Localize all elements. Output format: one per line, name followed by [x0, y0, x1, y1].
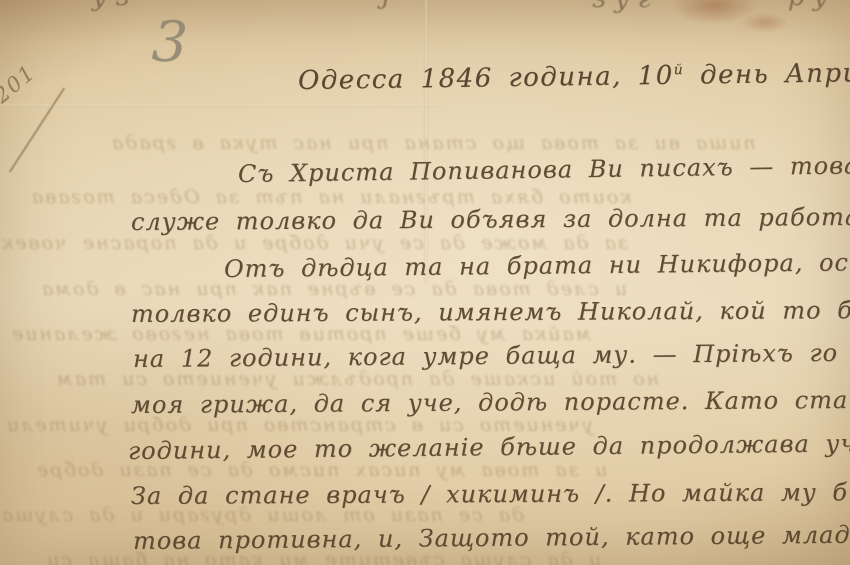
horizontal-fold-crease: [0, 104, 440, 107]
letter-line: на 12 години, кога умре баща му. — Пріѣх…: [133, 339, 850, 373]
archive-number-slash-stroke: [9, 88, 65, 173]
cropped-ink-fragment: у з: [92, 0, 130, 12]
dateline: Одесса 1846 година, 10й день Април: [298, 58, 850, 96]
cropped-ink-fragment: р у: [788, 0, 828, 12]
letter-line: За да стане врачъ / хикиминъ /. Но майка…: [131, 478, 850, 510]
letter-line: толвко единъ сынъ, имянемъ Николай, кой …: [131, 296, 850, 328]
archive-number: 201: [0, 60, 40, 108]
bleed-through-line: пиша ви за това що стана при нас тука в …: [110, 132, 756, 154]
manuscript-letter-scan: у з ј з у г р у 201 3 Одесса 1846 година…: [0, 0, 850, 565]
letter-line: моя грижа, да ся уче, додѣ порасте. Като…: [131, 386, 850, 419]
letter-line: служе толвко да Ви объявя за долна та ра…: [131, 203, 850, 236]
letter-line: това противна, и, Защото той, като още м…: [133, 521, 850, 555]
cropped-ink-fragment: ј: [382, 0, 390, 10]
bleed-through-line: за да може да се учи добре и да порасне …: [0, 232, 628, 254]
dateline-text: Одесса 1846 година, 10: [298, 61, 674, 96]
letter-line: Съ Христа Попиванова Ви писахъ — това п: [238, 151, 850, 188]
dateline-text: день Април: [684, 58, 850, 91]
dateline-superscript: й: [674, 62, 685, 78]
page-number-pencil: 3: [150, 9, 189, 76]
letter-line: Отъ дѣдца та на брата ни Никифора, ос: [224, 248, 849, 283]
cropped-ink-fragment: з у г: [592, 0, 651, 14]
